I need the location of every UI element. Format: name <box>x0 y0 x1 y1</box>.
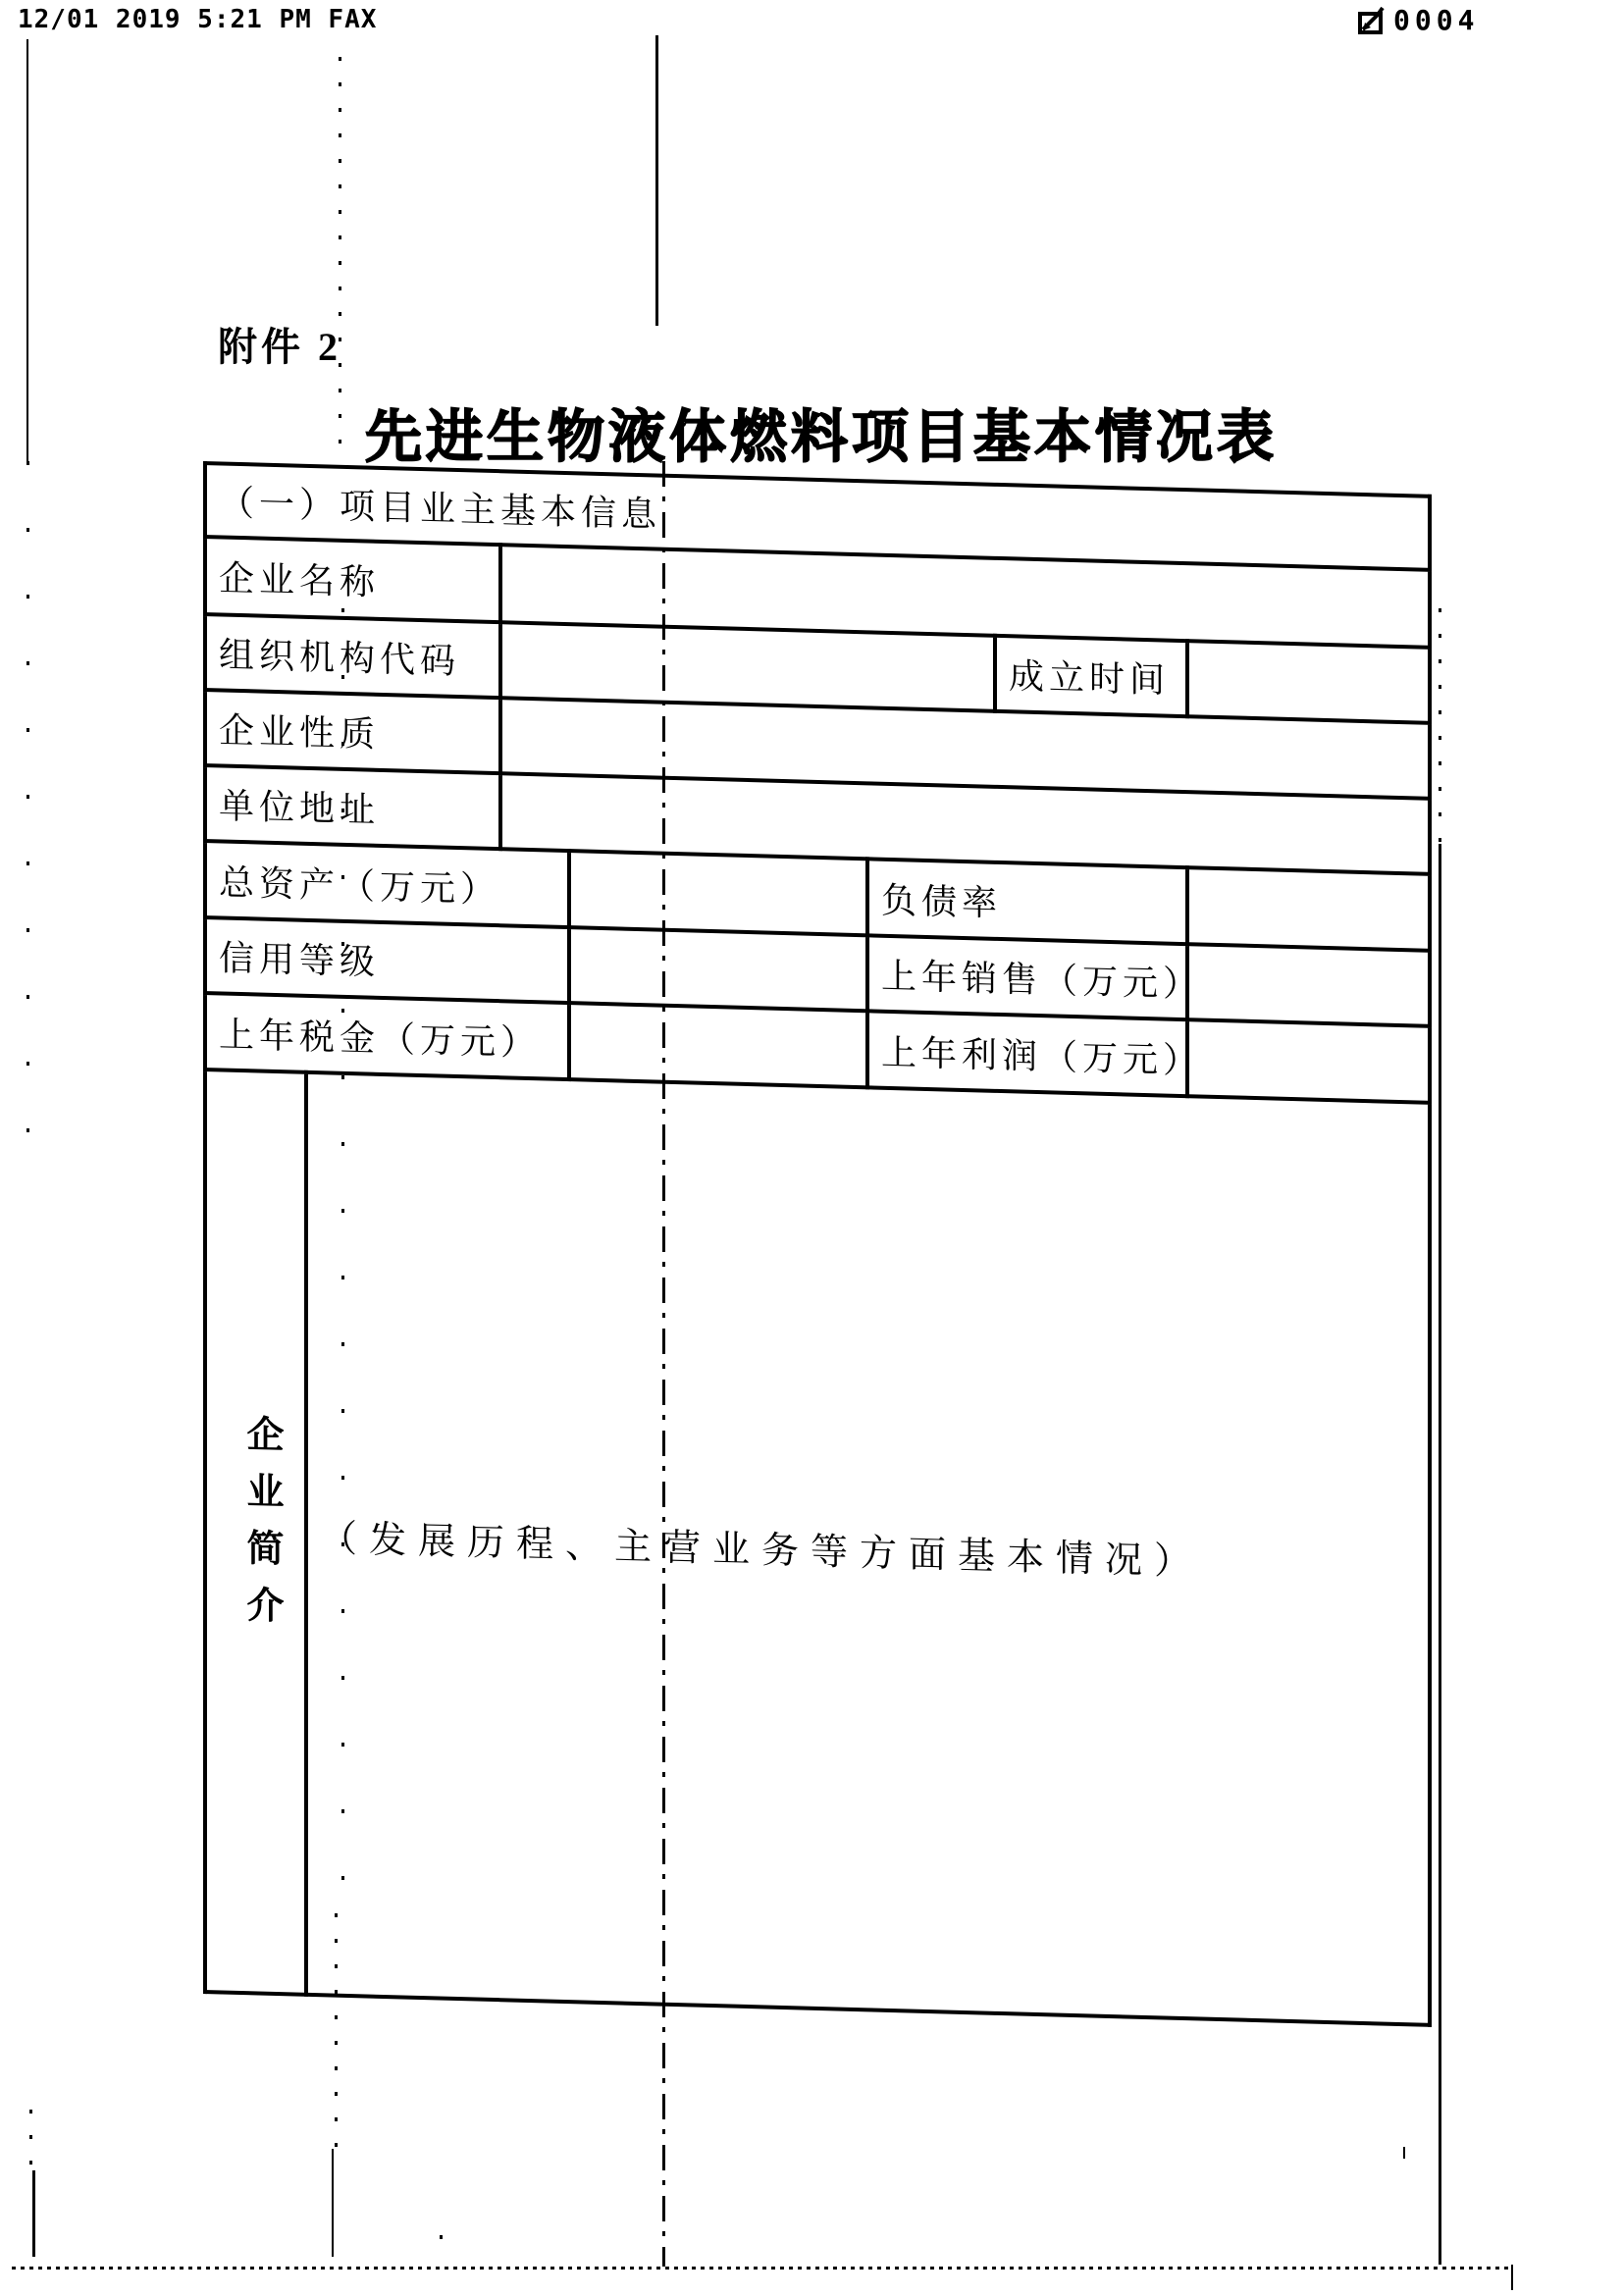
company-profile-note: （发展历程、主营业务等方面基本情况） <box>320 1507 1428 1592</box>
crease-left-bottom-solid <box>32 2170 35 2257</box>
crease-center-dashdot <box>662 461 665 2267</box>
company-profile-value-cell: （发展历程、主营业务等方面基本情况） <box>306 1072 1430 2025</box>
established-value-cell <box>1187 641 1430 723</box>
page-title: 先进生物液体燃料项目基本情况表 <box>365 391 1278 473</box>
prev-year-sales-label: 上年销售（万元） <box>867 935 1187 1019</box>
credit-rating-label: 信用等级 <box>205 917 569 1003</box>
crease-mid-left-bottom-dots <box>335 1913 338 2149</box>
org-code-label: 组织机构代码 <box>205 614 500 698</box>
company-name-label: 企业名称 <box>205 537 500 622</box>
bottom-scan-edge-dotted <box>12 2267 1513 2270</box>
speck-mark-2 <box>1403 2147 1405 2159</box>
address-label: 单位地址 <box>205 765 500 849</box>
established-label: 成立时间 <box>995 636 1187 716</box>
project-basic-info-table: （一）项目业主基本信息 企业名称 组织机构代码 成立时间 企业性质 单位地址 <box>203 461 1432 2027</box>
crease-mid-left-bottom-solid <box>332 2149 334 2257</box>
crease-mid-left-sparse-dots <box>341 608 344 1913</box>
prev-year-profit-value-cell <box>1187 1019 1430 1103</box>
scanned-fax-page: 12/01 2019 5:21 PM FAX 0004 附件 2 先进生物液体燃… <box>0 0 1623 2296</box>
speck-mark-1 <box>440 2235 443 2257</box>
total-assets-value-cell <box>569 851 867 935</box>
crease-left-solid <box>26 39 28 461</box>
attachment-label: 附件 2 <box>218 316 341 372</box>
crease-right-top-dots <box>1439 608 1441 844</box>
prev-year-sales-value-cell <box>1187 944 1430 1026</box>
company-profile-label: 企业简介 <box>235 1413 288 1642</box>
fax-page-indicator: 0004 <box>1356 4 1479 36</box>
crease-mid-left-top-dots <box>339 57 341 451</box>
fax-page-number: 0004 <box>1393 4 1479 36</box>
prev-year-tax-label: 上年税金（万元） <box>205 993 569 1079</box>
total-assets-label: 总资产（万元） <box>205 841 569 927</box>
prev-year-tax-value-cell <box>569 1003 867 1087</box>
crease-center-top-solid <box>655 35 658 326</box>
credit-rating-value-cell <box>569 927 867 1011</box>
company-profile-label-cell: 企业简介 <box>205 1070 306 1995</box>
debt-ratio-label: 负债率 <box>867 859 1187 944</box>
debt-ratio-value-cell <box>1187 867 1430 951</box>
bottom-right-tick <box>1511 2265 1513 2290</box>
form-table-wrap: （一）项目业主基本信息 企业名称 组织机构代码 成立时间 企业性质 单位地址 <box>203 461 1432 2027</box>
org-code-value-cell <box>500 622 995 711</box>
crease-left-dots <box>26 461 29 1138</box>
crease-left-bottom-dots <box>29 2110 32 2170</box>
fax-datetime: 12/01 2019 5:21 PM FAX <box>18 5 377 34</box>
company-nature-label: 企业性质 <box>205 690 500 773</box>
crease-right-solid <box>1439 844 1441 2265</box>
prev-year-profit-label: 上年利润（万元） <box>867 1011 1187 1096</box>
table-row: 企业简介 （发展历程、主营业务等方面基本情况） <box>205 1070 1430 2025</box>
fax-annotation-icon <box>1356 5 1386 36</box>
